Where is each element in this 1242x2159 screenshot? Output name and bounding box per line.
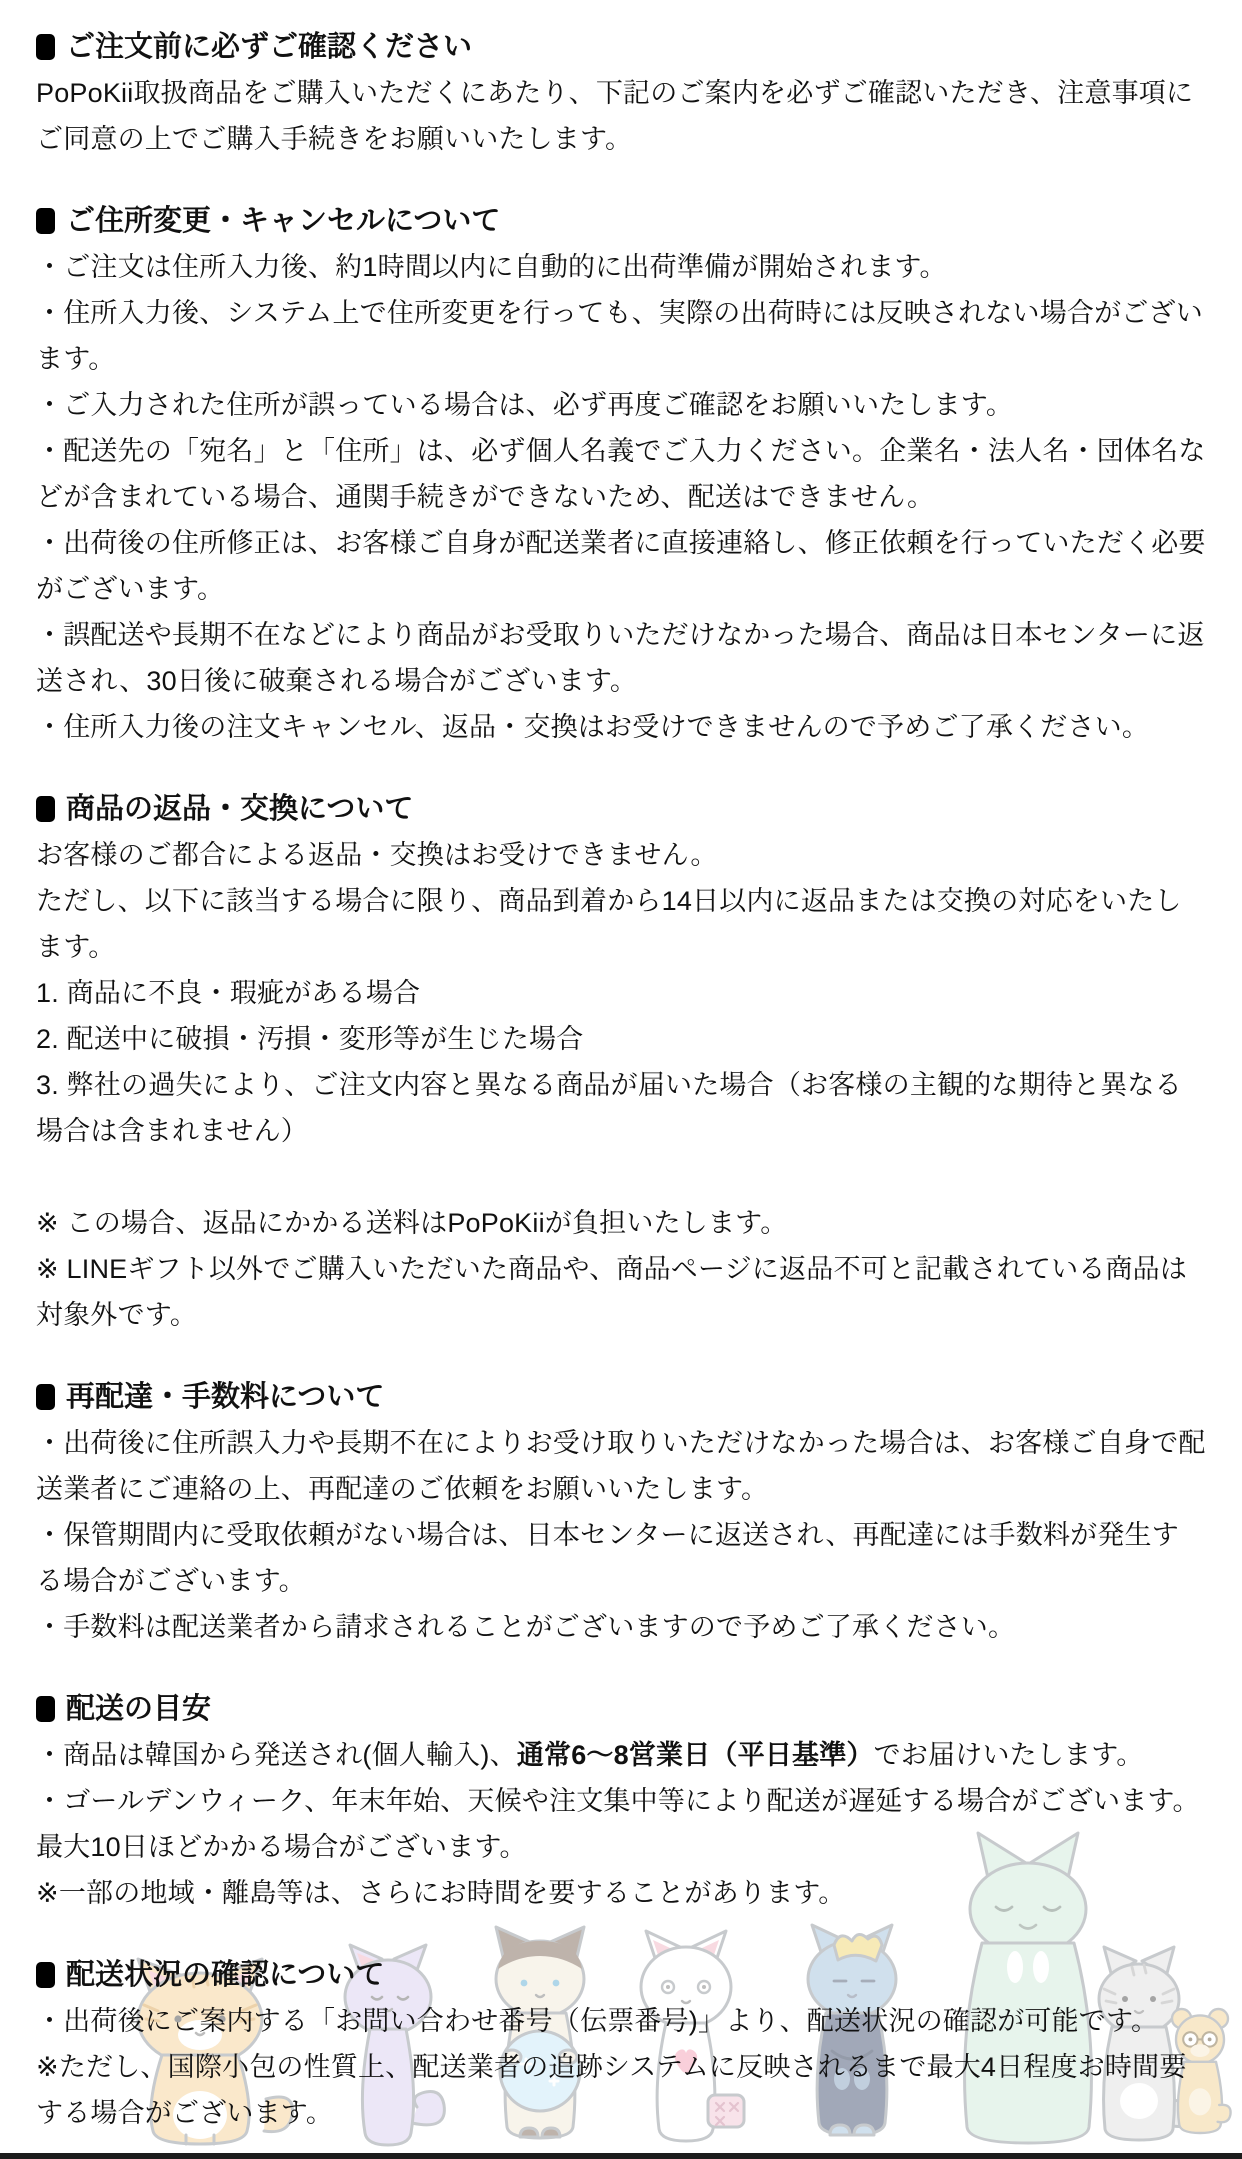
bullet-item: ・保管期間内に受取依頼がない場合は、日本センターに返送され、再配達には手数料が発…	[36, 1512, 1206, 1604]
section-delivery-estimate: 配送の目安 ・商品は韓国から発送され(個人輸入)、通常6〜8営業日（平日基準）で…	[36, 1686, 1206, 1916]
bullet-item: ・手数料は配送業者から請求されることがございますので予めご了承ください。	[36, 1604, 1206, 1650]
bullet-item: ・出荷後に住所誤入力や長期不在によりお受け取りいただけなかった場合は、お客様ご自…	[36, 1420, 1206, 1512]
bullet-item: ・ご入力された住所が誤っている場合は、必ず再度ご確認をお願いいたします。	[36, 382, 1206, 428]
delivery-time-pre: ・商品は韓国から発送され(個人輸入)、	[36, 1740, 517, 1770]
square-bullet-icon	[36, 1962, 55, 1988]
section-heading: 配送状況の確認について	[36, 1952, 1206, 1998]
section-heading-text: ご注文前に必ずご確認ください	[66, 24, 472, 70]
note-item: ※一部の地域・離島等は、さらにお時間を要することがあります。	[36, 1870, 1206, 1916]
section-body: お客様のご都合による返品・交換はお受けできません。 ただし、以下に該当する場合に…	[36, 832, 1206, 1338]
note-item: ※ この場合、返品にかかる送料はPoPoKiiが負担いたします。	[36, 1200, 1206, 1246]
square-bullet-icon	[36, 208, 55, 234]
note-item: ※ LINEギフト以外でご購入いただいた商品や、商品ページに返品不可と記載されて…	[36, 1246, 1206, 1338]
notes-block: ※ この場合、返品にかかる送料はPoPoKiiが負担いたします。 ※ LINEギ…	[36, 1200, 1206, 1338]
section-pre-order-confirmation: ご注文前に必ずご確認ください PoPoKii取扱商品をご購入いただくにあたり、下…	[36, 24, 1206, 162]
bullet-item: ・住所入力後、システム上で住所変更を行っても、実際の出荷時には反映されない場合が…	[36, 290, 1206, 382]
section-heading: 再配達・手数料について	[36, 1374, 1206, 1420]
square-bullet-icon	[36, 34, 55, 60]
note-item: ※ただし、国際小包の性質上、配送業者の追跡システムに反映されるまで最大4日程度お…	[36, 2044, 1206, 2136]
section-heading-text: 再配達・手数料について	[66, 1374, 384, 1420]
section-heading-text: 商品の返品・交換について	[66, 786, 413, 832]
bullet-item: ・ゴールデンウィーク、年末年始、天候や注文集中等により配送が遅延する場合がござい…	[36, 1778, 1206, 1870]
section-body: ・出荷後にご案内する「お問い合わせ番号（伝票番号)」より、配送状況の確認が可能で…	[36, 1998, 1206, 2136]
section-body: ・出荷後に住所誤入力や長期不在によりお受け取りいただけなかった場合は、お客様ご自…	[36, 1420, 1206, 1650]
delivery-time-line: ・商品は韓国から発送され(個人輸入)、通常6〜8営業日（平日基準）でお届けいたし…	[36, 1732, 1206, 1778]
terms-document: ご注文前に必ずご確認ください PoPoKii取扱商品をご購入いただくにあたり、下…	[0, 0, 1242, 2136]
section-heading: 配送の目安	[36, 1686, 1206, 1732]
section-heading: ご住所変更・キャンセルについて	[36, 198, 1206, 244]
section-heading-text: 配送の目安	[66, 1686, 211, 1732]
section-tracking: 配送状況の確認について ・出荷後にご案内する「お問い合わせ番号（伝票番号)」より…	[36, 1952, 1206, 2136]
section-returns-exchange: 商品の返品・交換について お客様のご都合による返品・交換はお受けできません。 た…	[36, 786, 1206, 1338]
bullet-item: ・配送先の「宛名」と「住所」は、必ず個人名義でご入力ください。企業名・法人名・団…	[36, 428, 1206, 520]
delivery-time-bold: 通常6〜8営業日（平日基準）	[517, 1740, 874, 1770]
square-bullet-icon	[36, 796, 55, 822]
square-bullet-icon	[36, 1696, 55, 1722]
section-heading-text: ご住所変更・キャンセルについて	[66, 198, 500, 244]
bullet-item: ・出荷後の住所修正は、お客様ご自身が配送業者に直接連絡し、修正依頼を行っていただ…	[36, 520, 1206, 612]
section-body: ・商品は韓国から発送され(個人輸入)、通常6〜8営業日（平日基準）でお届けいたし…	[36, 1732, 1206, 1916]
paragraph: PoPoKii取扱商品をご購入いただくにあたり、下記のご案内を必ずご確認いただき…	[36, 70, 1206, 162]
square-bullet-icon	[36, 1384, 55, 1410]
numbered-item: 2. 配送中に破損・汚損・変形等が生じた場合	[36, 1016, 1206, 1062]
section-heading: ご注文前に必ずご確認ください	[36, 24, 1206, 70]
paragraph: ただし、以下に該当する場合に限り、商品到着から14日以内に返品または交換の対応を…	[36, 878, 1206, 970]
section-body: PoPoKii取扱商品をご購入いただくにあたり、下記のご案内を必ずご確認いただき…	[36, 70, 1206, 162]
numbered-item: 3. 弊社の過失により、ご注文内容と異なる商品が届いた場合（お客様の主観的な期待…	[36, 1062, 1206, 1154]
delivery-time-post: でお届けいたします。	[874, 1740, 1144, 1770]
section-heading-text: 配送状況の確認について	[66, 1952, 384, 1998]
section-address-change-cancel: ご住所変更・キャンセルについて ・ご注文は住所入力後、約1時間以内に自動的に出荷…	[36, 198, 1206, 750]
numbered-item: 1. 商品に不良・瑕疵がある場合	[36, 970, 1206, 1016]
section-heading: 商品の返品・交換について	[36, 786, 1206, 832]
section-body: ・ご注文は住所入力後、約1時間以内に自動的に出荷準備が開始されます。 ・住所入力…	[36, 244, 1206, 750]
paragraph: お客様のご都合による返品・交換はお受けできません。	[36, 832, 1206, 878]
section-redelivery-fees: 再配達・手数料について ・出荷後に住所誤入力や長期不在によりお受け取りいただけな…	[36, 1374, 1206, 1650]
bullet-item: ・出荷後にご案内する「お問い合わせ番号（伝票番号)」より、配送状況の確認が可能で…	[36, 1998, 1206, 2044]
bottom-edge-bar	[0, 2153, 1242, 2159]
bullet-item: ・ご注文は住所入力後、約1時間以内に自動的に出荷準備が開始されます。	[36, 244, 1206, 290]
bullet-item: ・住所入力後の注文キャンセル、返品・交換はお受けできませんので予めご了承ください…	[36, 704, 1206, 750]
bullet-item: ・誤配送や長期不在などにより商品がお受取りいただけなかった場合、商品は日本センタ…	[36, 612, 1206, 704]
